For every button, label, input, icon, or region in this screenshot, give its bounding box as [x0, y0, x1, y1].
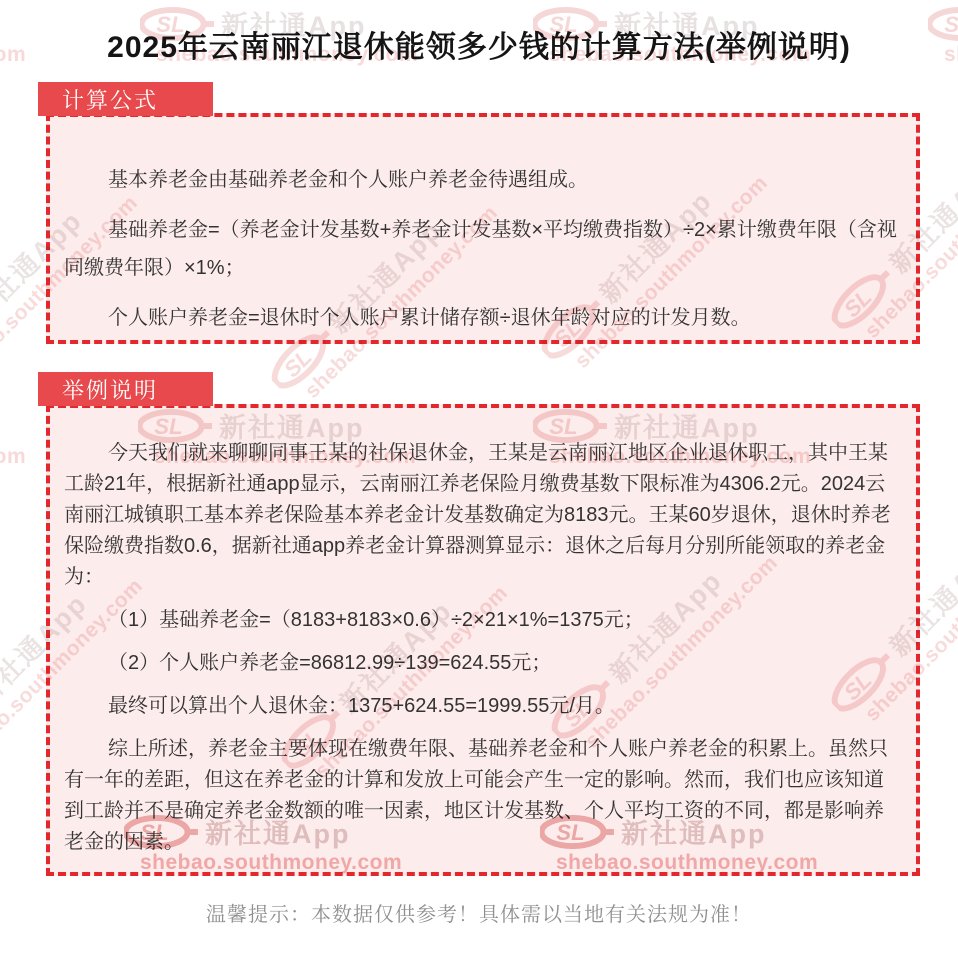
- example-paragraph: 综上所述，养老金主要体现在缴费年限、基础养老金和个人账户养老金的积累上。虽然只有…: [64, 734, 898, 858]
- example-paragraph: 最终可以算出个人退休金：1375+624.55=1999.55元/月。: [64, 691, 898, 722]
- watermark-domain: shebao.southmoney.com: [0, 445, 48, 469]
- svg-text:SL: SL: [279, 344, 317, 382]
- page: SL 新社通App shebao.southmoney.com SL 新社通Ap…: [0, 0, 958, 962]
- example-box: 今天我们就来聊聊同事王某的社保退休金，王某是云南丽江地区企业退休职工，其中王某工…: [46, 404, 920, 876]
- watermark: SL 新社通App shebao.southmoney.com: [0, 406, 48, 469]
- formula-box: 基本养老金由基础养老金和个人账户养老金待遇组成。 基础养老金=（养老金计发基数+…: [46, 113, 920, 344]
- section-label-formula: 计算公式: [38, 82, 213, 116]
- section-label-formula-text: 计算公式: [62, 84, 158, 115]
- example-paragraph: （2）个人账户养老金=86812.99÷139=624.55元；: [64, 648, 898, 679]
- formula-paragraph: 基础养老金=（养老金计发基数+养老金计发基数×平均缴费指数）÷2×累计缴费年限（…: [64, 211, 898, 287]
- page-title: 2025年云南丽江退休能领多少钱的计算方法(举例说明): [0, 22, 958, 66]
- example-paragraph: （1）基础养老金=（8183+8183×0.6）÷2×21×1%=1375元；: [64, 605, 898, 636]
- section-label-example: 举例说明: [38, 372, 213, 406]
- example-paragraph: 今天我们就来聊聊同事王某的社保退休金，王某是云南丽江地区企业退休职工，其中王某工…: [64, 438, 898, 593]
- section-label-example-text: 举例说明: [62, 374, 158, 405]
- formula-paragraph: 基本养老金由基础养老金和个人账户养老金待遇组成。: [64, 161, 898, 199]
- formula-paragraph: 个人账户养老金=退休时个人账户累计储存额÷退休年龄对应的计发月数。: [64, 299, 898, 337]
- footer-tip: 温馨提示：本数据仅供参考！具体需以当地有关法规为准！: [0, 898, 958, 927]
